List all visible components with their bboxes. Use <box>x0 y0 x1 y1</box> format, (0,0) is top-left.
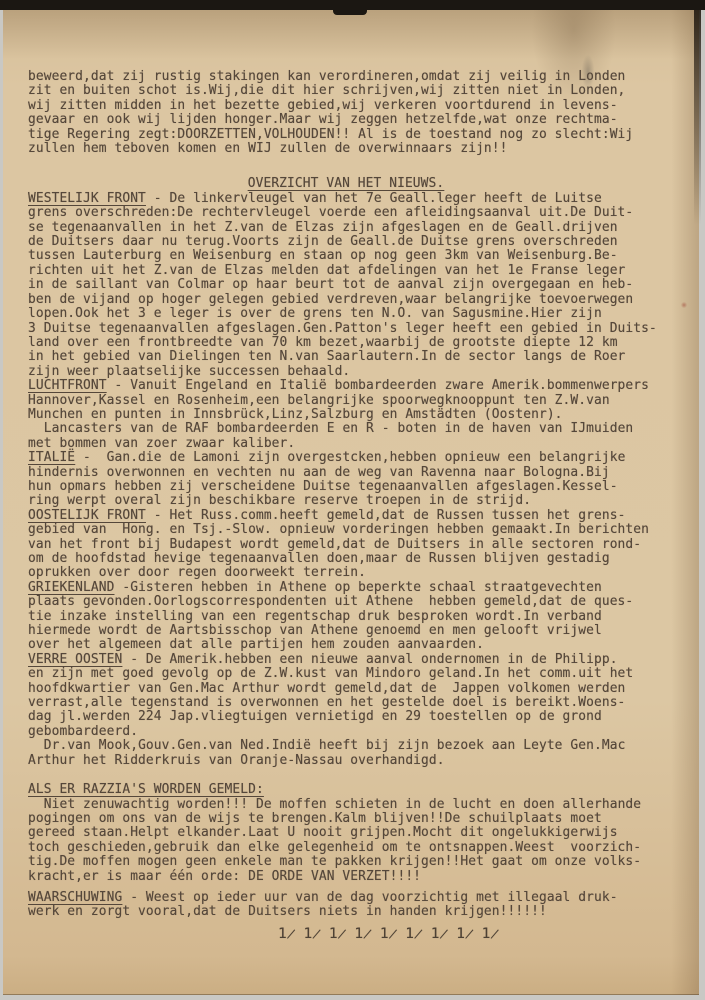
scan-top-shadow <box>0 0 705 10</box>
section-oostelijk-front: OOSTELIJK FRONT - Het Russ.comm.heeft ge… <box>28 509 664 581</box>
section-body: gebied van Hong. en Tsj.-Slow. opnieuw v… <box>28 523 664 581</box>
section-first-line: - Vanuit Engeland en Italië bombardeerde… <box>107 378 649 393</box>
section-body: Niet zenuwachtig worden!!! De moffen sch… <box>28 798 664 884</box>
section-body: Hannover,Kassel en Rosenheim,een belangr… <box>28 394 664 452</box>
section-header: OOSTELIJK FRONT <box>28 508 146 523</box>
heading-text: OVERZICHT VAN HET NIEUWS. <box>248 176 445 191</box>
section-header: LUCHTFRONT <box>28 378 107 393</box>
section-first-line: - Weest op ieder uur van de dag voorzich… <box>122 890 617 905</box>
section-first-line: - De linkervleugel van het 7e Geall.lege… <box>146 191 602 206</box>
section-header: VERRE OOSTEN <box>28 652 122 667</box>
section-header: ALS ER RAZZIA'S WORDEN GEMELD: <box>28 782 264 797</box>
scan-right-shadow <box>694 10 701 225</box>
typewritten-text-column: beweerd,dat zij rustig stakingen kan ver… <box>28 70 664 941</box>
section-razzia-instructions: ALS ER RAZZIA'S WORDEN GEMELD: Niet zenu… <box>28 783 664 884</box>
section-header: WAARSCHUWING <box>28 890 122 905</box>
section-waarschuwing: WAARSCHUWING - Weest op ieder uur van de… <box>28 891 664 920</box>
section-body: grens overschreden:De rechtervleugel voe… <box>28 206 664 379</box>
section-first-line: - De Amerik.hebben een nieuwe aanval ond… <box>122 652 617 667</box>
section-header: GRIEKENLAND <box>28 580 114 595</box>
section-verre-oosten: VERRE OOSTEN - De Amerik.hebben een nieu… <box>28 653 664 768</box>
section-westelijk-front: WESTELIJK FRONT - De linkervleugel van h… <box>28 192 664 379</box>
section-body: plaats gevonden.Oorlogscorrespondenten u… <box>28 595 664 653</box>
section-header: WESTELIJK FRONT <box>28 191 146 206</box>
section-body: werk en zorgt vooral,dat de Duitsers nie… <box>28 905 664 919</box>
section-first-line: - Het Russ.comm.heeft gemeld,dat de Russ… <box>146 508 626 523</box>
section-body: hindernis overwonnen en vechten nu aan d… <box>28 466 664 509</box>
intro-paragraph: beweerd,dat zij rustig stakingen kan ver… <box>28 70 664 156</box>
scanned-resistance-news-sheet: { "document": { "intro_lines": [ "beweer… <box>0 0 705 1000</box>
scan-top-shadow-notch <box>333 10 367 15</box>
section-header: ITALIË <box>28 450 75 465</box>
section-first-line: - Gan.die de Lamoni zijn overgestcken,he… <box>75 450 625 465</box>
section-first-line: -Gisteren hebben in Athene op beperkte s… <box>114 580 601 595</box>
typed-tally-marks: 1̷1̷1̷1̷1̷1̷1̷1̷1̷ <box>28 927 664 941</box>
section-body: en zijn met goed gevolg op de Z.W.kust v… <box>28 667 664 768</box>
section-griekenland: GRIEKENLAND -Gisteren hebben in Athene o… <box>28 581 664 653</box>
news-overview-heading: OVERZICHT VAN HET NIEUWS. <box>28 177 664 191</box>
section-luchtfront: LUCHTFRONT - Vanuit Engeland en Italië b… <box>28 379 664 451</box>
section-italie: ITALIË - Gan.die de Lamoni zijn overgest… <box>28 451 664 509</box>
